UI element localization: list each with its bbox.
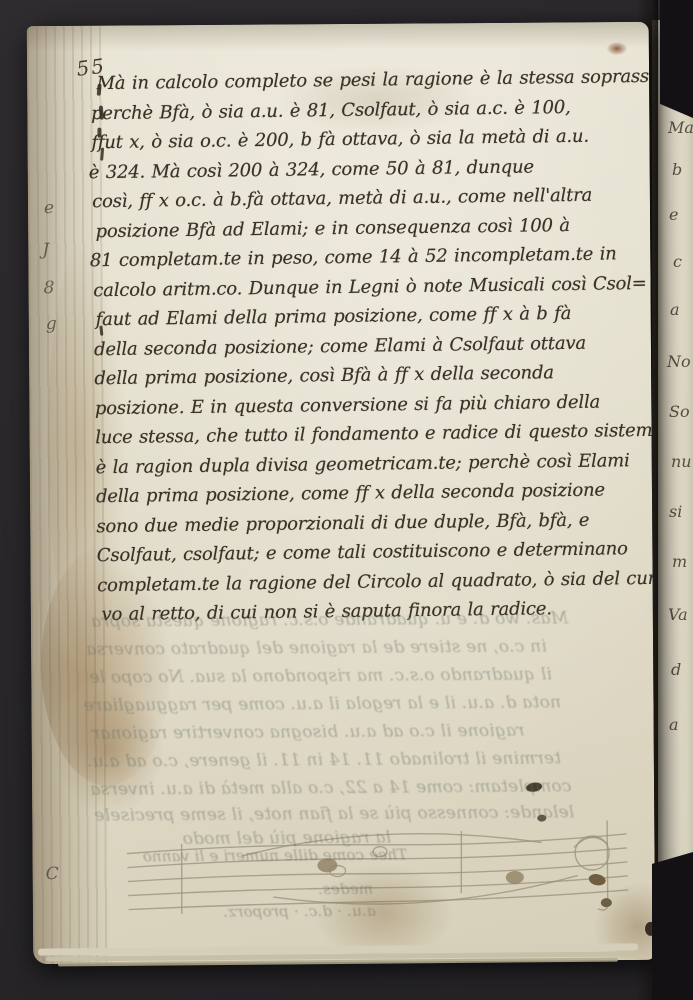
handwriting-line: 81 completam.te in peso, come 14 à 52 in…	[90, 245, 617, 270]
bleedthrough-line: il quadrando o.s.c. ma rispondono la sua…	[89, 667, 552, 687]
edge-glyph: c	[673, 252, 682, 271]
edge-glyph: d	[671, 660, 681, 679]
black-bar-bottom-right	[652, 852, 693, 1000]
edge-glyph: m	[672, 552, 687, 571]
handwriting-line: completam.te la ragione del Circolo al q…	[97, 570, 655, 596]
handwriting-line: ffut x, ò sia o.c. è 200, b fà ottava, ò…	[91, 128, 589, 153]
handwriting-line: della seconda posizione; come Elami à Cs…	[94, 335, 586, 359]
handwriting-line: sono due medie proporzionali di due dupl…	[96, 512, 589, 536]
bleedthrough-line: Mas. wo d. e u. quadrande o.s.c. ragione…	[91, 610, 568, 630]
edge-glyph: a	[669, 715, 679, 734]
edge-glyph: b	[672, 160, 682, 179]
bleedthrough-line: completam: come 14 a 22, c.o alla metà d…	[90, 778, 571, 798]
handwriting-line: della prima posizione, così Bfà à ff x d…	[94, 364, 554, 388]
bleedthrough-line: termine il trolinado 11. 14 in 11. il ge…	[87, 750, 561, 770]
handwriting-line: della prima posizione, come ff x della s…	[96, 482, 605, 507]
handwriting-line: posizione. E in questa conversione si fa…	[95, 394, 600, 419]
handwriting-line: perchè Bfà, ò sia a.u. è 81, Csolfaut, ò…	[91, 99, 571, 123]
music-staff-sketch	[121, 816, 634, 932]
photograph-of-manuscript: Ma b e c a No So nu si m Va d a e	[0, 0, 693, 1000]
edge-glyph: si	[669, 502, 682, 521]
handwriting-line: Csolfaut, csolfaut; e come tali costitui…	[97, 540, 628, 565]
staff-caption-bleed: medes.	[318, 882, 373, 897]
bleedthrough-line: in c.o, ne stiere de la ragione del quad…	[86, 639, 547, 659]
edge-glyph: Va	[668, 605, 688, 624]
black-bar-top-right	[660, 0, 693, 118]
edge-glyph: nu	[671, 452, 692, 471]
staff-caption-bleed: a.u. · d.c. · proporz.	[223, 904, 376, 920]
handwriting-line: posizione Bfà ad Elami; e in consequenza…	[95, 217, 570, 241]
edge-glyph: a	[670, 300, 680, 319]
handwriting-line: calcolo aritm.co. Dunque in Legni ò note…	[93, 275, 647, 300]
handwriting-line: faut ad Elami della prima posizione, com…	[96, 305, 572, 329]
handwriting-line: così, ff x o.c. à b.fà ottava, metà di a…	[92, 187, 592, 212]
facing-page-edge	[652, 20, 693, 870]
edge-glyph: e	[669, 205, 678, 224]
handwriting-line: Mà in calcolo completo se pesi la ragion…	[97, 67, 656, 93]
edge-glyph: So	[669, 402, 690, 421]
edge-glyph: No	[667, 352, 691, 371]
handwriting-line: luce stessa, che tutto il fondamento e r…	[95, 422, 655, 447]
handwriting-line: è la ragion dupla divisa geometricam.te;…	[96, 452, 630, 477]
bleedthrough-line: ragione il c.o ad a.u. bisogna convertir…	[92, 723, 525, 743]
edge-glyph: Ma	[668, 118, 693, 137]
bleedthrough-line: nota d. a.u. il e la regola il a.u. come…	[83, 694, 561, 714]
manuscript-page: e J 8 g C 55 Mà in calcolo completo se p…	[27, 22, 656, 964]
handwriting-line: è 324. Mà così 200 à 324, come 50 à 81, …	[89, 158, 534, 182]
